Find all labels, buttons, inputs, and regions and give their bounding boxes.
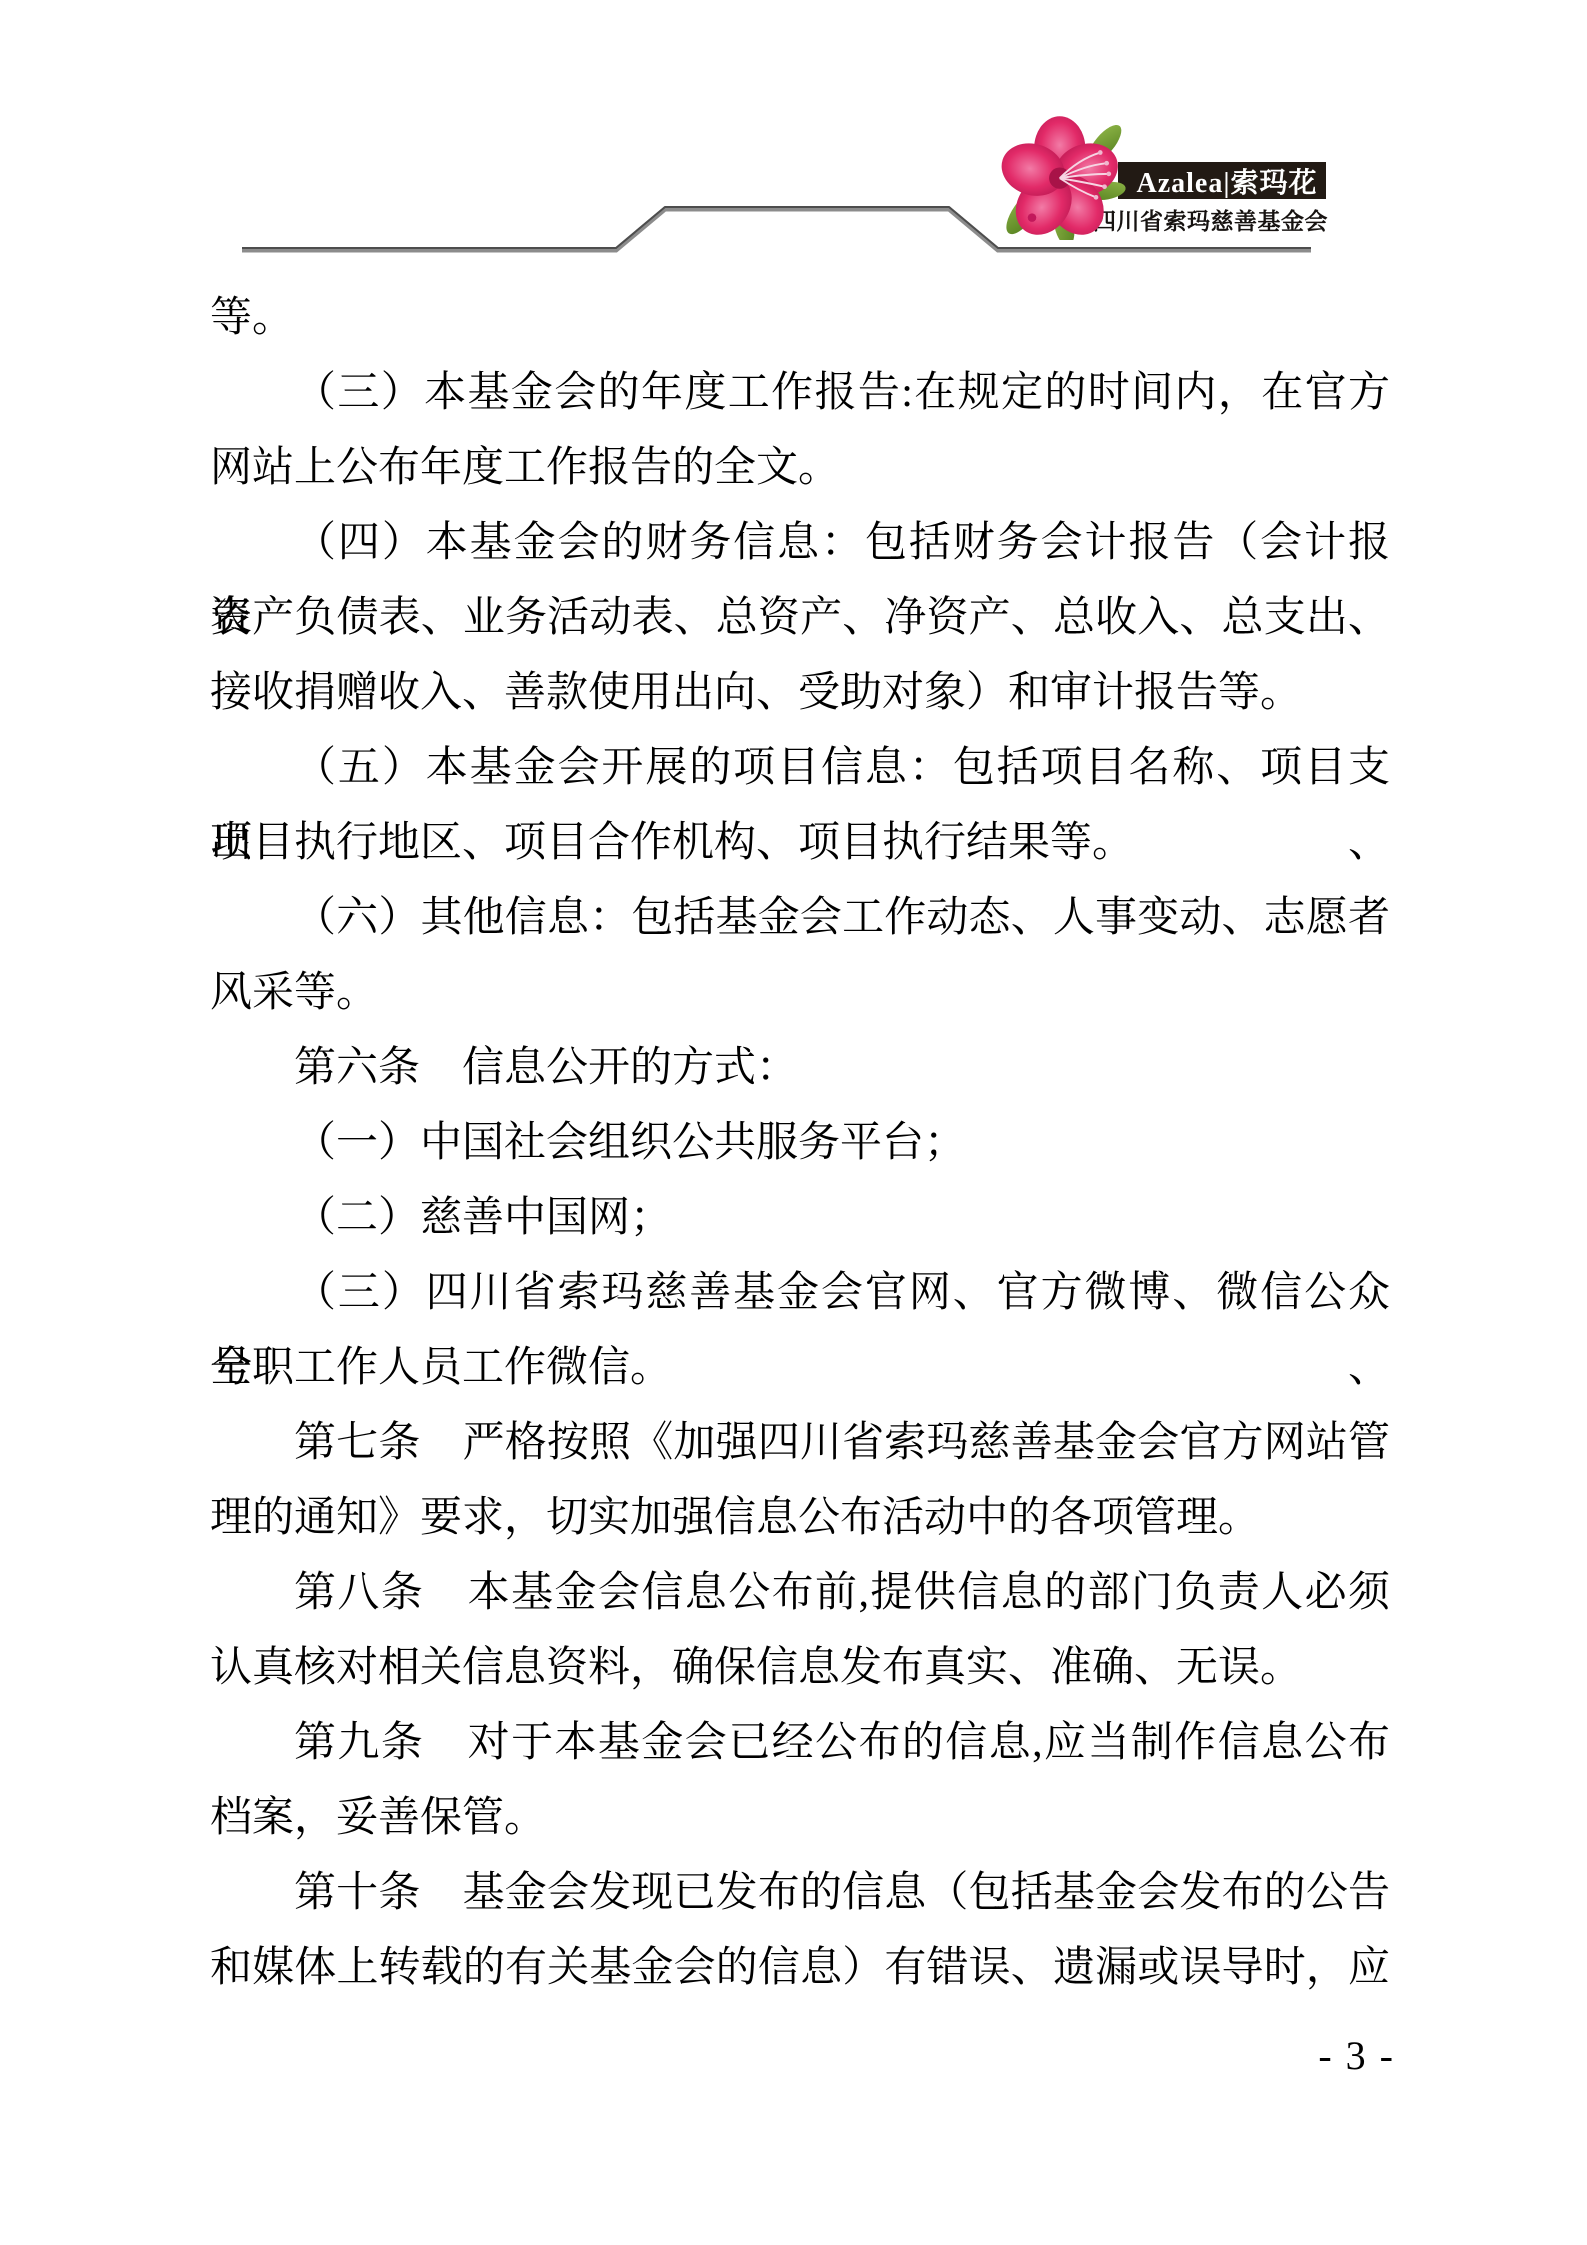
text-line: （四）本基金会的财务信息：包括财务会计报告（会计报表、 [210, 506, 1390, 581]
document-body: 等。 （三）本基金会的年度工作报告:在规定的时间内，在官方 网站上公布年度工作报… [210, 281, 1390, 2006]
text-line: （三）四川省索玛慈善基金会官网、官方微博、微信公众号、 [210, 1256, 1390, 1331]
text-line: 第十条 基金会发现已发布的信息（包括基金会发布的公告 [210, 1856, 1390, 1931]
document-page: Azalea|索玛花 四川省索玛慈善基金会 [0, 0, 1587, 2245]
header-divider-line [0, 0, 1587, 300]
logo-brand-text: Azalea|索玛花 [1136, 161, 1317, 201]
text-line: 第七条 严格按照《加强四川省索玛慈善基金会官方网站管 [210, 1406, 1390, 1481]
text-line: 风采等。 [210, 956, 1390, 1031]
text-line: （五）本基金会开展的项目信息：包括项目名称、项目支出、 [210, 731, 1390, 806]
text-line: （二）慈善中国网； [210, 1181, 1390, 1256]
text-line: 第九条 对于本基金会已经公布的信息,应当制作信息公布 [210, 1706, 1390, 1781]
text-line: 资产负债表、业务活动表、总资产、净资产、总收入、总支出、 [210, 581, 1390, 656]
text-line: 认真核对相关信息资料，确保信息发布真实、准确、无误。 [210, 1631, 1390, 1706]
text-line: 网站上公布年度工作报告的全文。 [210, 431, 1390, 506]
text-line: 理的通知》要求，切实加强信息公布活动中的各项管理。 [210, 1481, 1390, 1556]
text-line: （三）本基金会的年度工作报告:在规定的时间内，在官方 [210, 356, 1390, 431]
text-line: 接收捐赠收入、善款使用出向、受助对象）和审计报告等。 [210, 656, 1390, 731]
text-line: （一）中国社会组织公共服务平台； [210, 1106, 1390, 1181]
text-line: 第六条 信息公开的方式： [210, 1031, 1390, 1106]
text-line: （六）其他信息：包括基金会工作动态、人事变动、志愿者 [210, 881, 1390, 956]
page-number: - 3 - [1318, 2032, 1395, 2079]
foundation-logo: Azalea|索玛花 四川省索玛慈善基金会 [1000, 112, 1340, 242]
logo-banner: Azalea|索玛花 [1118, 162, 1326, 199]
azalea-flower-icon [1000, 112, 1128, 240]
text-line: 和媒体上转载的有关基金会的信息）有错误、遗漏或误导时，应 [210, 1931, 1390, 2006]
text-line: 等。 [210, 281, 1390, 356]
text-line: 档案，妥善保管。 [210, 1781, 1390, 1856]
text-line: 第八条 本基金会信息公布前,提供信息的部门负责人必须 [210, 1556, 1390, 1631]
